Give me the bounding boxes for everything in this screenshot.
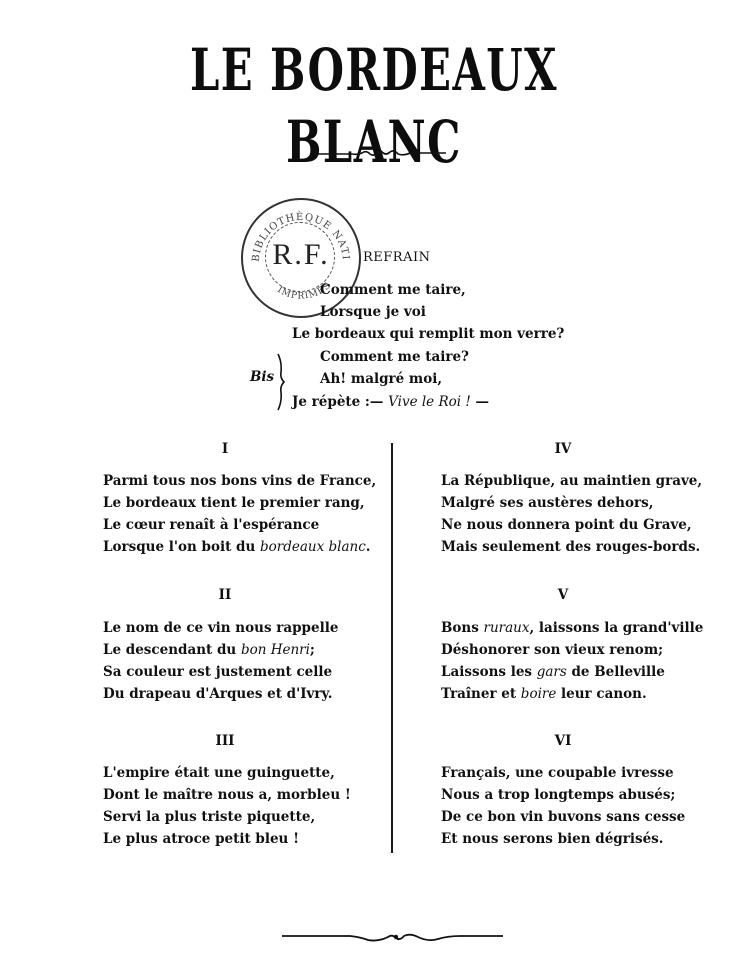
- verse-text: Traîner et: [441, 686, 521, 702]
- refrain-line-last: Je répète :— Vive le Roi ! —: [292, 391, 489, 413]
- stanza-numeral: III: [205, 733, 245, 749]
- stanza-numeral: IV: [543, 441, 583, 457]
- stanza-numeral: V: [543, 587, 583, 603]
- verse-line: Le plus atroce petit bleu !: [103, 828, 393, 850]
- bottom-ornament-icon: [280, 929, 505, 945]
- refrain-line: Lorsque je voi: [320, 301, 426, 323]
- refrain-last-italic: Vive le Roi !: [388, 394, 471, 410]
- refrain-line: Comment me taire?: [320, 346, 469, 368]
- stanza-3: L'empire était une guinguette, Dont le m…: [103, 762, 393, 850]
- top-ornament-icon: [312, 146, 448, 160]
- stanza-numeral: II: [205, 587, 245, 603]
- refrain-line: Le bordeaux qui remplit mon verre?: [292, 323, 564, 345]
- verse-line: Parmi tous nos bons vins de France,: [103, 470, 393, 492]
- verse-text: Lorsque l'on boit du: [103, 539, 260, 555]
- refrain-line: Comment me taire,: [320, 279, 466, 301]
- stanza-6: Français, une coupable ivresse Nous a tr…: [441, 762, 731, 850]
- stanza-numeral: VI: [543, 733, 583, 749]
- verse-line: Bons ruraux, laissons la grand'ville: [441, 617, 731, 639]
- stanza-5: Bons ruraux, laissons la grand'ville Dés…: [441, 617, 731, 705]
- stanza-2: Le nom de ce vin nous rappelle Le descen…: [103, 617, 393, 705]
- stanza-4: La République, au maintien grave, Malgré…: [441, 470, 731, 558]
- verse-italic: bon Henri: [241, 642, 310, 658]
- stanza-1: Parmi tous nos bons vins de France, Le b…: [103, 470, 393, 558]
- verse-line: Français, une coupable ivresse: [441, 762, 731, 784]
- verse-line: Le cœur renaît à l'espérance: [103, 514, 393, 536]
- verse-line: Dont le maître nous a, morbleu !: [103, 784, 393, 806]
- verse-text: de Belleville: [567, 664, 665, 680]
- refrain-last-prefix: Je répète :—: [292, 394, 388, 410]
- verse-line: La République, au maintien grave,: [441, 470, 731, 492]
- verse-line: Nous a trop longtemps abusés;: [441, 784, 731, 806]
- verse-italic: gars: [537, 664, 567, 680]
- verse-line: De ce bon vin buvons sans cesse: [441, 806, 731, 828]
- verse-line: Déshonorer son vieux renom;: [441, 639, 731, 661]
- verse-italic: boire: [521, 686, 557, 702]
- verse-italic: ruraux: [484, 620, 530, 636]
- verse-text: ;: [310, 642, 315, 658]
- refrain-last-suffix: —: [471, 394, 489, 410]
- verse-text: Bons: [441, 620, 484, 636]
- refrain-line: Ah! malgré moi,: [320, 368, 442, 390]
- bis-label: Bis: [250, 369, 274, 385]
- verse-text: Le descendant du: [103, 642, 241, 658]
- verse-line: Malgré ses austères dehors,: [441, 492, 731, 514]
- verse-line: Laissons les gars de Belleville: [441, 661, 731, 683]
- bis-brace-icon: [273, 352, 287, 412]
- refrain-label: REFRAIN: [363, 250, 430, 265]
- verse-text: leur canon.: [556, 686, 646, 702]
- verse-text: Laissons les: [441, 664, 537, 680]
- verse-line: Sa couleur est justement celle: [103, 661, 393, 683]
- verse-line: Mais seulement des rouges-bords.: [441, 536, 731, 558]
- verse-line: Du drapeau d'Arques et d'Ivry.: [103, 683, 393, 705]
- verse-line: Le descendant du bon Henri;: [103, 639, 393, 661]
- verse-line: Le nom de ce vin nous rappelle: [103, 617, 393, 639]
- verse-line: Ne nous donnera point du Grave,: [441, 514, 731, 536]
- verse-line: Lorsque l'on boit du bordeaux blanc.: [103, 536, 393, 558]
- stanza-numeral: I: [205, 441, 245, 457]
- verse-italic: bordeaux blanc: [260, 539, 366, 555]
- stamp-center-text: R.F.: [243, 238, 359, 272]
- verse-line: L'empire était une guinguette,: [103, 762, 393, 784]
- verse-text: , laissons la grand'ville: [530, 620, 704, 636]
- verse-line: Traîner et boire leur canon.: [441, 683, 731, 705]
- verse-text: .: [366, 539, 371, 555]
- verse-line: Et nous serons bien dégrisés.: [441, 828, 731, 850]
- verse-line: Le bordeaux tient le premier rang,: [103, 492, 393, 514]
- verse-line: Servi la plus triste piquette,: [103, 806, 393, 828]
